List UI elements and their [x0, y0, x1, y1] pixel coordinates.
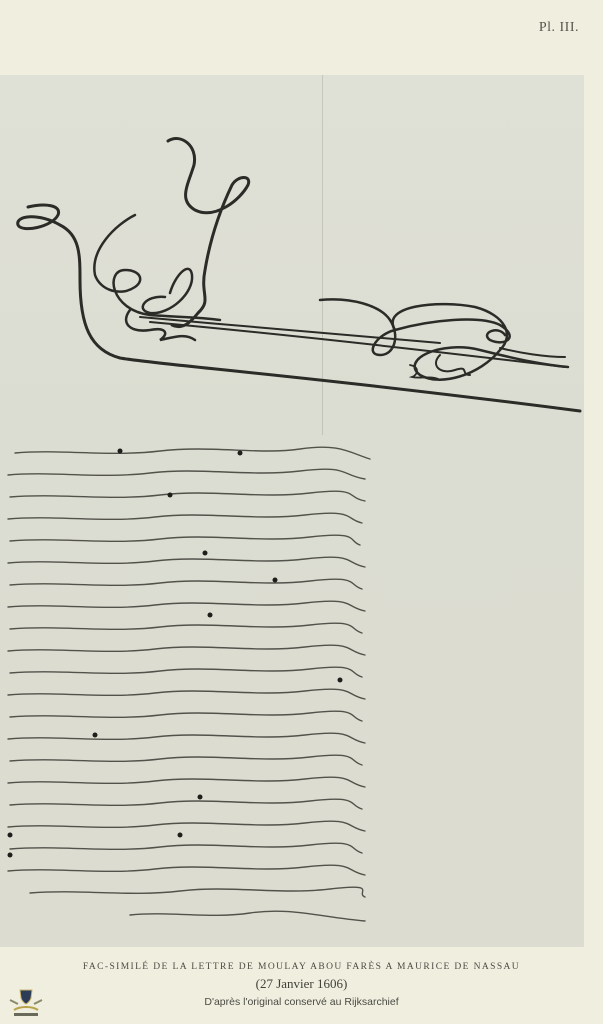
caption-title: FAC-SIMILÉ DE LA LETTRE DE MOULAY ABOU F… — [0, 962, 603, 972]
arabic-handwritten-text — [0, 435, 584, 947]
caption-source: D'après l'original conservé au Rijksarch… — [0, 996, 603, 1008]
plate-number: Pl. III. — [539, 20, 579, 36]
shield-crest-icon — [4, 986, 48, 1020]
caption-date: (27 Janvier 1606) — [0, 976, 603, 992]
letter-facsimile-photo — [0, 75, 584, 947]
tughra-monogram — [0, 75, 584, 435]
